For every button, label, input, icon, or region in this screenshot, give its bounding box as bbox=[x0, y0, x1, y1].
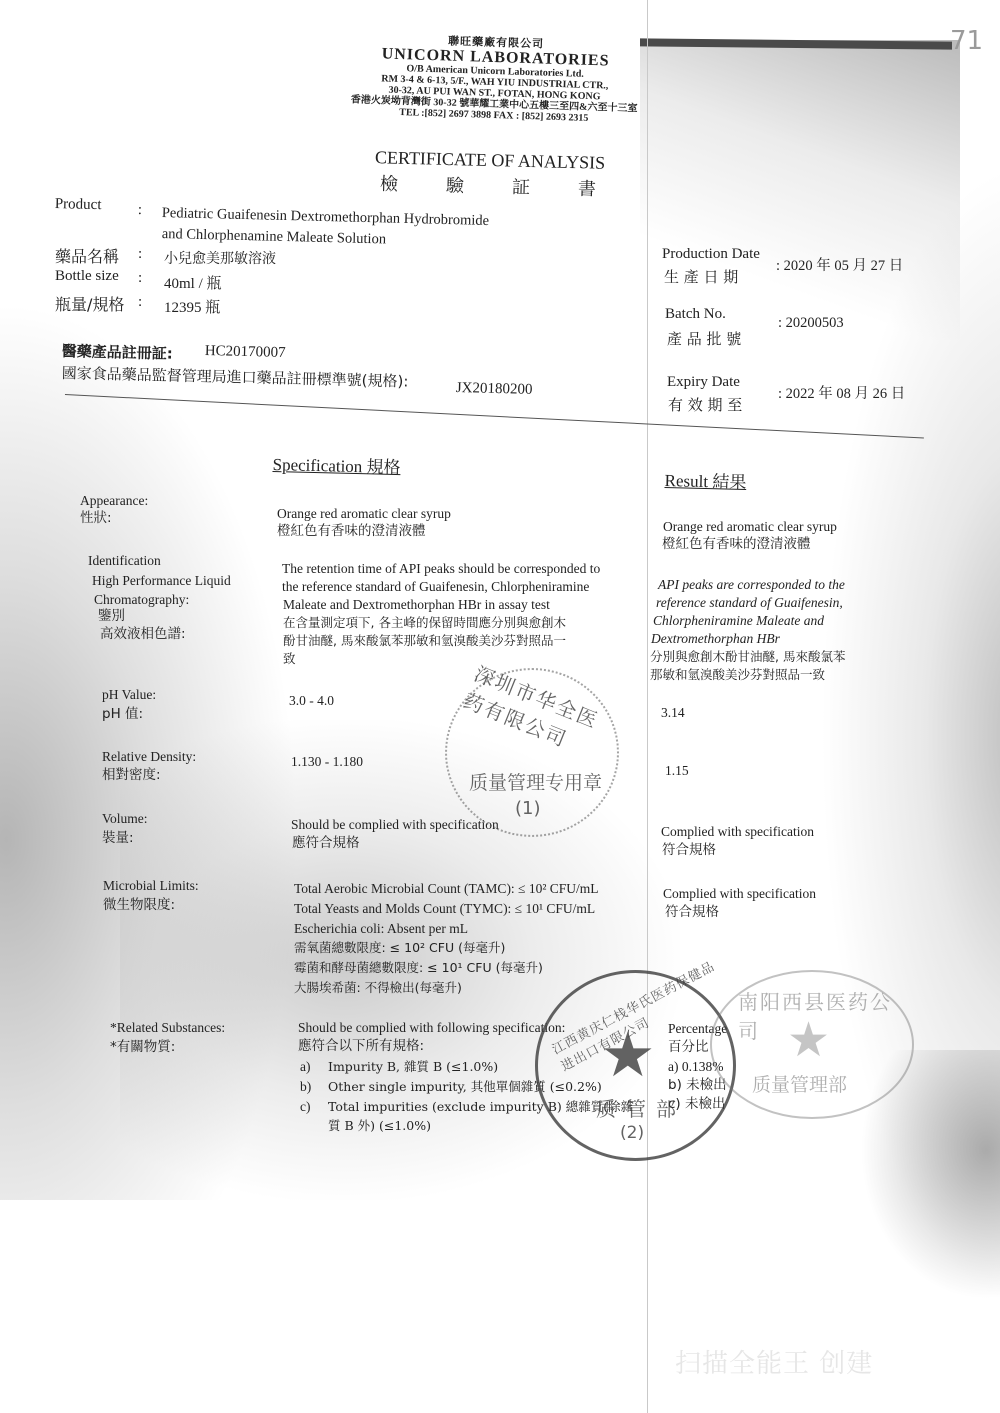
related-spec-item: Impurity B, 雜質 B (≤1.0%) bbox=[328, 1058, 498, 1075]
registration-cert-value: HC20170007 bbox=[205, 343, 286, 362]
product-name-2: and Chlorphenamine Maleate Solution bbox=[162, 226, 387, 248]
volume-spec: Should be complied with specification bbox=[291, 816, 499, 833]
identification-result-cn: 分別與愈創木酚甘油醚, 馬來酸氯苯 bbox=[650, 648, 845, 665]
import-registration-value: JX20180200 bbox=[456, 380, 533, 399]
specification-header: Specification 規格 bbox=[272, 450, 401, 478]
fold-line bbox=[647, 0, 648, 1413]
identification-spec: the reference standard of Guaifenesin, C… bbox=[282, 578, 589, 595]
batch-no-value: : 20200503 bbox=[778, 315, 844, 332]
density-result: 1.15 bbox=[665, 762, 689, 779]
seal-3-subtext: 质量管理部 bbox=[752, 1070, 847, 1097]
identification-result: Chlorpheniramine Maleate and bbox=[653, 612, 824, 629]
microbial-label-cn: 微生物限度: bbox=[103, 897, 175, 914]
scanner-watermark: 扫描全能王 创建 bbox=[675, 1343, 873, 1380]
product-label: Product bbox=[55, 196, 102, 214]
expiry-date-label: Expiry Date bbox=[667, 374, 740, 391]
volume-result: Complied with specification bbox=[661, 823, 814, 840]
batch-no-label-cn: 產 品 批 號 bbox=[667, 328, 741, 349]
microbial-label: Microbial Limits: bbox=[103, 877, 199, 894]
appearance-label: Appearance: bbox=[80, 492, 148, 509]
appearance-result-cn: 橙紅色有香味的澄清液體 bbox=[662, 536, 811, 553]
expiry-date-value: : 2022 年 08 月 26 日 bbox=[778, 382, 905, 403]
identification-label-cn: 高效液相色譜: bbox=[100, 626, 186, 643]
identification-label: Identification bbox=[88, 552, 161, 569]
product-name-cn: 小兒愈美那敏溶液 bbox=[164, 248, 276, 268]
identification-label: Chromatography: bbox=[94, 591, 189, 608]
separator: : bbox=[138, 294, 142, 311]
related-substances-label: *Related Substances: bbox=[110, 1019, 225, 1036]
identification-result-cn: 那敏和氫溴酸美沙芬對照品一致 bbox=[650, 666, 825, 683]
appearance-result: Orange red aromatic clear syrup bbox=[663, 518, 837, 535]
star-icon: ★ bbox=[787, 1012, 830, 1068]
handwritten-page-mark: 71 bbox=[950, 26, 983, 56]
microbial-spec-cn: 霉菌和酵母菌總數限度: ≤ 10¹ CFU (每毫升) bbox=[294, 959, 543, 976]
identification-result: reference standard of Guaifenesin, bbox=[656, 594, 843, 611]
company-seal-1: 深圳市华全医药有限公司 质量管理专用章 (1) bbox=[445, 668, 619, 837]
seal-1-subtext: 质量管理专用章 bbox=[469, 768, 602, 795]
production-date-label: Production Date bbox=[662, 246, 760, 263]
seal-1-text: 深圳市华全医药有限公司 bbox=[460, 658, 623, 769]
production-date-value: : 2020 年 05 月 27 日 bbox=[776, 254, 903, 275]
appearance-spec: Orange red aromatic clear syrup bbox=[277, 505, 451, 522]
volume-result-cn: 符合規格 bbox=[662, 842, 716, 859]
product-name-cn-label: 藥品名稱 bbox=[55, 244, 119, 267]
identification-label: High Performance Liquid bbox=[92, 572, 231, 589]
related-spec-tail: 質 B 外) (≤1.0%) bbox=[328, 1117, 431, 1134]
identification-spec: The retention time of API peaks should b… bbox=[282, 560, 600, 577]
volume-label: Volume: bbox=[102, 810, 148, 827]
ph-spec: 3.0 - 4.0 bbox=[289, 692, 334, 709]
density-spec: 1.130 - 1.180 bbox=[291, 753, 363, 770]
bottle-size-label: Bottle size bbox=[55, 268, 119, 285]
density-label-cn: 相對密度: bbox=[102, 767, 161, 784]
appearance-spec-cn: 橙紅色有香味的澄清液體 bbox=[277, 523, 426, 540]
registration-cert-label: 醫藥產品註冊証: bbox=[61, 340, 172, 364]
ph-result: 3.14 bbox=[661, 704, 685, 721]
related-spec-marker: b) bbox=[300, 1078, 311, 1095]
microbial-spec-cn: 大腸埃希菌: 不得檢出(每毫升) bbox=[294, 979, 462, 996]
quantity-value: 12395 瓶 bbox=[164, 296, 220, 317]
seal-1-number: (1) bbox=[515, 798, 541, 819]
related-spec-intro: Should be complied with following specif… bbox=[298, 1019, 565, 1036]
batch-no-label: Batch No. bbox=[665, 306, 726, 323]
identification-spec-cn: 酚甘油醚, 馬來酸氯苯那敏和氫溴酸美沙芬對照品一 bbox=[283, 632, 566, 649]
related-substances-label-cn: *有關物質: bbox=[110, 1039, 175, 1056]
ph-label-cn: pH 值: bbox=[102, 706, 143, 723]
star-icon: ★ bbox=[600, 1018, 656, 1091]
expiry-date-label-cn: 有 效 期 至 bbox=[668, 394, 742, 415]
microbial-spec: Escherichia coli: Absent per mL bbox=[294, 920, 468, 937]
microbial-spec: Total Yeasts and Molds Count (TYMC): ≤ 1… bbox=[294, 900, 595, 917]
related-spec-intro-cn: 應符合以下所有規格: bbox=[298, 1038, 424, 1055]
result-header: Result 結果 bbox=[664, 466, 746, 493]
separator: : bbox=[138, 270, 142, 287]
separator: : bbox=[138, 246, 142, 263]
seal-2-subtext: 质管部 bbox=[596, 1093, 686, 1122]
identification-label-cn: 鑒別 bbox=[98, 608, 125, 625]
company-seal-3: 南阳西县医药公司 ★ 质量管理部 bbox=[710, 970, 914, 1119]
identification-result: Dextromethorphan HBr bbox=[651, 630, 780, 647]
microbial-spec-cn: 需氧菌總數限度: ≤ 10² CFU (每毫升) bbox=[294, 939, 505, 956]
import-registration-label: 國家食品藥品監督管理局進口藥品註冊標準號(規格): bbox=[61, 362, 408, 391]
ph-label: pH Value: bbox=[102, 686, 156, 703]
identification-spec-cn: 在含量測定項下, 各主峰的保留時間應分別與愈創木 bbox=[283, 614, 566, 631]
related-spec-marker: c) bbox=[300, 1098, 311, 1115]
related-spec-marker: a) bbox=[300, 1058, 311, 1075]
microbial-result-cn: 符合規格 bbox=[665, 904, 719, 921]
letterhead: 聯旺藥廠有限公司 UNICORN LABORATORIES O/B Americ… bbox=[284, 27, 707, 127]
identification-spec-cn: 致 bbox=[283, 650, 296, 667]
production-date-label-cn: 生 產 日 期 bbox=[664, 266, 738, 287]
volume-spec-cn: 應符合規格 bbox=[292, 835, 360, 852]
identification-spec: Maleate and Dextromethorphan HBr in assa… bbox=[283, 596, 550, 613]
scan-shadow bbox=[820, 160, 1000, 1310]
bottle-size-value: 40ml / 瓶 bbox=[164, 272, 222, 293]
quantity-label: 瓶量/規格 bbox=[55, 292, 124, 315]
document-title-cn: 檢驗証書 bbox=[380, 170, 645, 202]
appearance-label-cn: 性狀: bbox=[80, 510, 112, 527]
microbial-result: Complied with specification bbox=[663, 885, 816, 902]
company-seal-2: 江西黄庆仁栈华氏医药保健品进出口有限公司 ★ 质管部 (2) bbox=[535, 970, 736, 1161]
density-label: Relative Density: bbox=[102, 748, 196, 765]
volume-label-cn: 裝量: bbox=[102, 830, 134, 847]
identification-result: API peaks are corresponded to the bbox=[658, 576, 845, 593]
separator: : bbox=[138, 202, 143, 219]
seal-2-number: (2) bbox=[620, 1123, 644, 1143]
microbial-spec: Total Aerobic Microbial Count (TAMC): ≤ … bbox=[294, 880, 599, 897]
